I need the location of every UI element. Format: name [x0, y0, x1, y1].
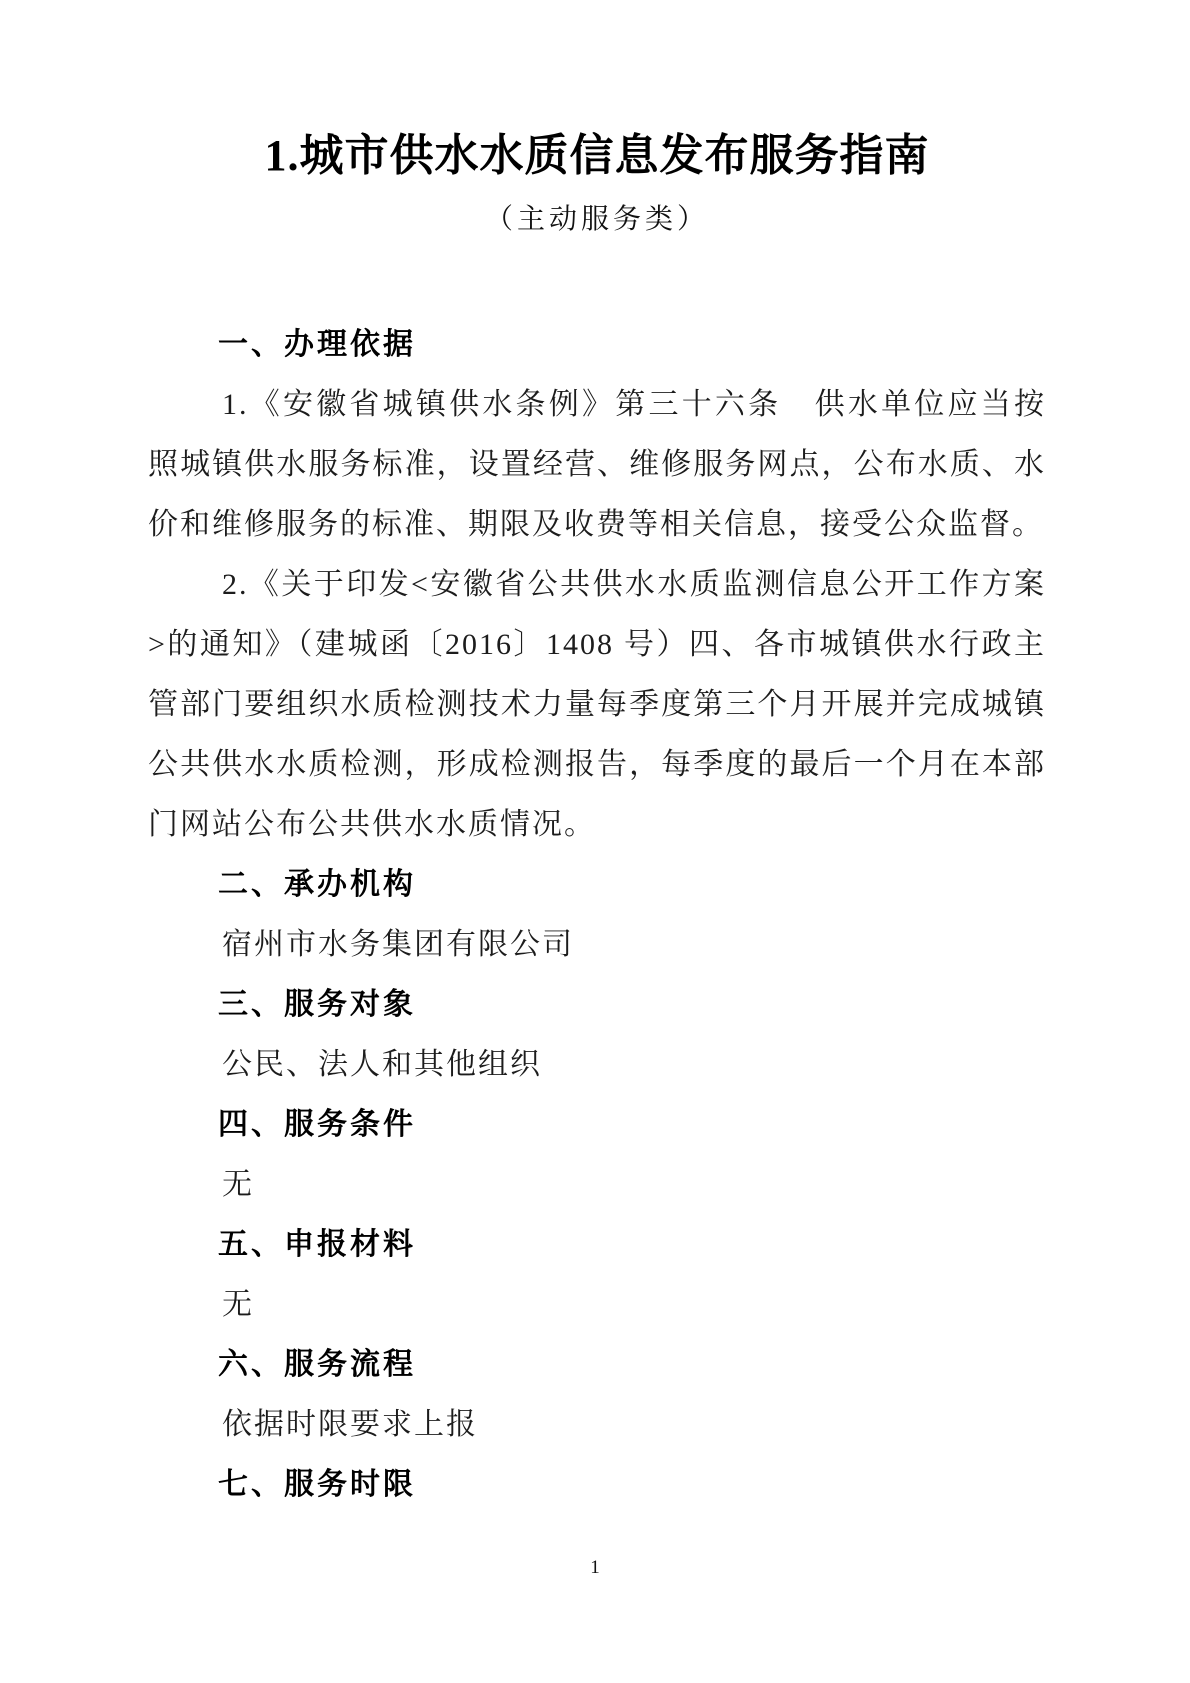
- section-3: 三、服务对象 公民、法人和其他组织: [148, 975, 1046, 1095]
- paragraph: 2.《关于印发<安徽省公共供水水质监测信息公开工作方案>的通知》（建城函〔201…: [148, 555, 1046, 855]
- section-heading: 一、办理依据: [148, 315, 1046, 375]
- paragraph: 公民、法人和其他组织: [148, 1035, 1046, 1095]
- paragraph: 无: [148, 1155, 1046, 1215]
- section-2: 二、承办机构 宿州市水务集团有限公司: [148, 855, 1046, 975]
- paragraph: 1.《安徽省城镇供水条例》第三十六条 供水单位应当按照城镇供水服务标准，设置经营…: [148, 375, 1046, 555]
- section-1: 一、办理依据 1.《安徽省城镇供水条例》第三十六条 供水单位应当按照城镇供水服务…: [148, 315, 1046, 855]
- document-page: 1.城市供水水质信息发布服务指南 （主动服务类） 一、办理依据 1.《安徽省城镇…: [0, 0, 1190, 1683]
- section-heading: 四、服务条件: [148, 1095, 1046, 1155]
- section-7: 七、服务时限: [148, 1455, 1046, 1515]
- paragraph: 依据时限要求上报: [148, 1395, 1046, 1455]
- page-number: 1: [0, 1556, 1190, 1580]
- section-6: 六、服务流程 依据时限要求上报: [148, 1335, 1046, 1455]
- section-heading: 六、服务流程: [148, 1335, 1046, 1395]
- section-4: 四、服务条件 无: [148, 1095, 1046, 1215]
- document-content: 1.城市供水水质信息发布服务指南 （主动服务类） 一、办理依据 1.《安徽省城镇…: [148, 0, 1046, 1515]
- paragraph: 宿州市水务集团有限公司: [148, 915, 1046, 975]
- paragraph: 无: [148, 1275, 1046, 1335]
- section-heading: 七、服务时限: [148, 1455, 1046, 1515]
- section-5: 五、申报材料 无: [148, 1215, 1046, 1335]
- document-body: 一、办理依据 1.《安徽省城镇供水条例》第三十六条 供水单位应当按照城镇供水服务…: [148, 315, 1046, 1515]
- section-heading: 三、服务对象: [148, 975, 1046, 1035]
- document-subtitle: （主动服务类）: [148, 200, 1046, 240]
- section-heading: 五、申报材料: [148, 1215, 1046, 1275]
- document-title: 1.城市供水水质信息发布服务指南: [148, 0, 1046, 182]
- section-heading: 二、承办机构: [148, 855, 1046, 915]
